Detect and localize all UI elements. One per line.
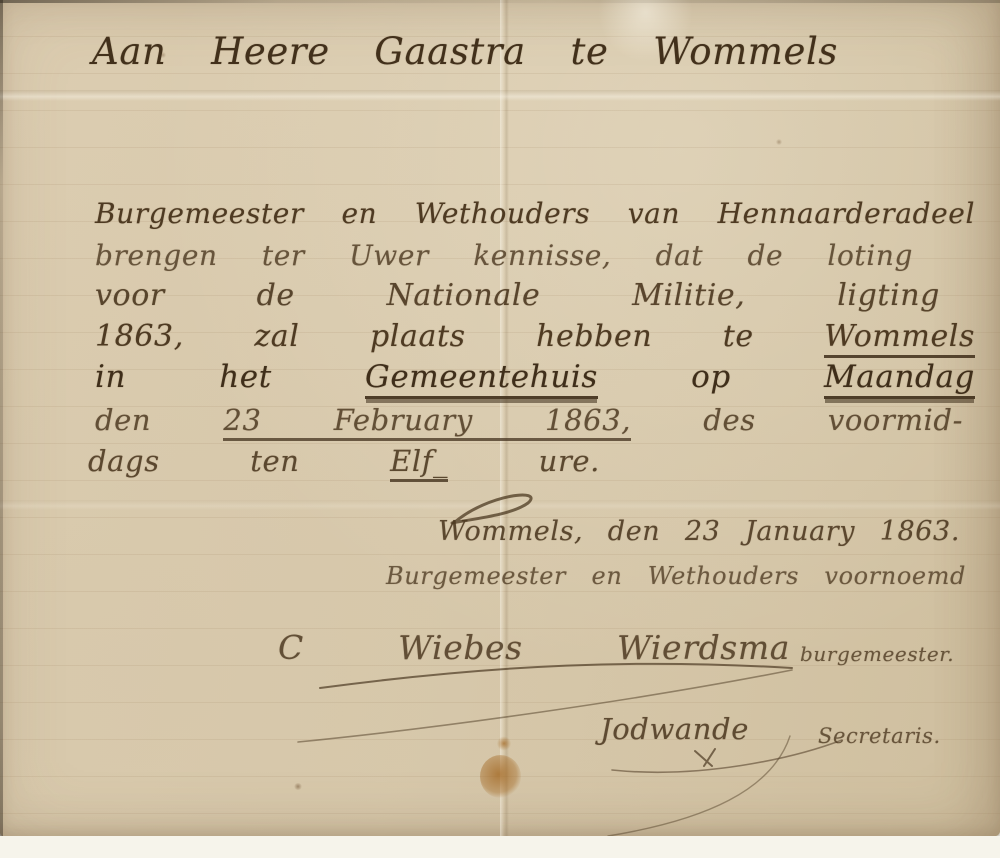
paper-speck [294,783,302,790]
underlined-text: Maandag [824,359,975,399]
underlined-text: Gemeentehuis [365,359,598,399]
letter-scan: Aan Heere Gaastra te Wommels Burgemeeste… [0,0,1000,858]
ink-stain-large [480,755,521,798]
text-segment: 1863, zal plaats hebben te [95,319,824,354]
closing-line: Burgemeester en Wethouders voornoemd [386,562,966,590]
signature-name-secretaris: Jodwande [600,712,768,746]
signature-name-burgemeester: C Wiebes Wierdsma [278,628,790,667]
signature-title-burgemeester: burgemeester. [800,642,966,666]
text-segment: den [95,403,223,437]
ink-stain-small [497,736,511,751]
body-line: den 23 February 1863, des voormid- [95,400,963,440]
body-line: brengen ter Uwer kennisse, dat de loting [95,236,913,276]
underlined-text: 23 February 1863, [223,403,631,441]
address-line: Aan Heere Gaastra te Wommels [92,30,838,73]
underlined-text: Wommels [824,319,975,358]
body-line: voor de Nationale Militie, ligting [95,276,940,316]
text-segment: ure. [448,444,600,478]
text-segment: Burgemeester en Wethouders van Hennaarde… [95,197,975,230]
underlined-text: Elf_ [390,444,448,482]
paper-edge-top [0,0,1000,3]
text-segment: in het [95,359,365,395]
paper: Aan Heere Gaastra te Wommels Burgemeeste… [0,0,1000,838]
body-line: in het Gemeentehuis op Maandag [95,357,975,397]
signature-title-secretaris: Secretaris. [818,724,976,748]
text-segment: op [598,359,824,395]
text-segment: dags ten [88,444,390,478]
body-line: dags ten Elf_ ure. [88,441,600,481]
paper-edge-left [0,0,3,838]
scan-background-strip [0,836,1000,858]
body-line: 1863, zal plaats hebben te Wommels [95,317,975,357]
text-segment: voor de Nationale Militie, ligting [95,278,940,313]
fold-crease-horizontal-top [0,90,1000,101]
body-line: Burgemeester en Wethouders van Hennaarde… [95,194,975,234]
dateline: Wommels, den 23 January 1863. [438,516,960,547]
fold-crease-horizontal-middle [0,500,1000,510]
paper-speck [776,139,782,145]
text-segment: des voormid- [631,403,963,437]
text-segment: brengen ter Uwer kennisse, dat de loting [95,239,913,272]
